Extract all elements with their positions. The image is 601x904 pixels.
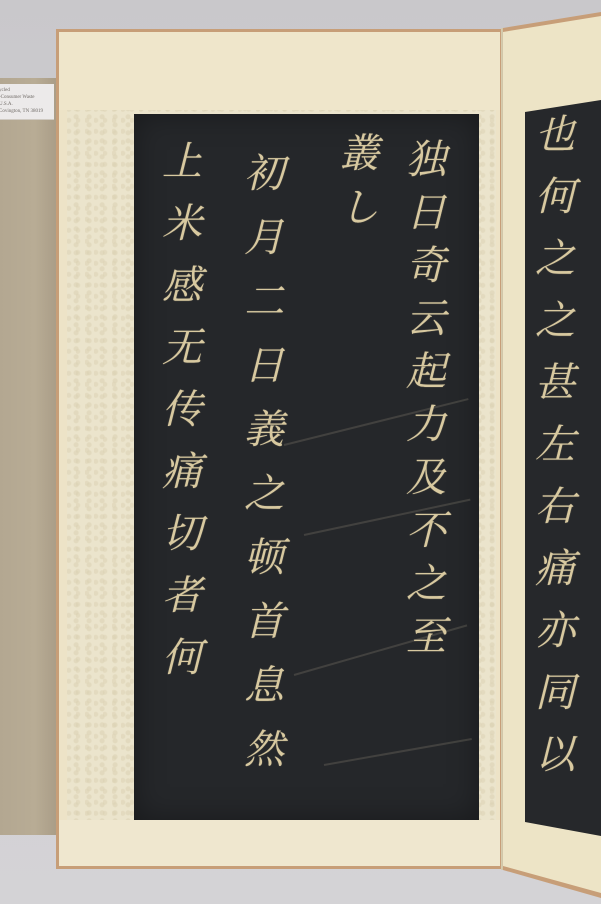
glyph: 之 [244, 474, 284, 514]
label-line: U.S.A. [0, 101, 54, 108]
label-line: ycled [0, 87, 54, 94]
glyph: 云 [406, 299, 446, 339]
glyph: 月 [244, 218, 284, 258]
page-top-margin [59, 32, 500, 110]
glyph: 也 [535, 115, 575, 155]
rubbing-streak [324, 738, 472, 766]
glyph: 二 [244, 282, 284, 322]
glyph: 米 [162, 204, 202, 244]
glyph: 传 [162, 390, 202, 430]
glyph: 同 [535, 673, 575, 713]
calligraphy-column-2: 叢 し [339, 134, 379, 228]
glyph: 感 [162, 266, 202, 306]
calligraphy-column-3: 初 月 二 日 義 之 顿 首 息 然 [244, 154, 284, 770]
glyph: 痛 [535, 549, 575, 589]
glyph: 以 [535, 735, 575, 775]
glyph: 亦 [535, 611, 575, 651]
glyph: 起 [406, 352, 446, 392]
cardboard-backing [0, 78, 58, 835]
glyph: 切 [162, 514, 202, 554]
recycled-paper-label: ycled -Consumer Waste U.S.A. Covington, … [0, 84, 54, 120]
glyph: 者 [162, 576, 202, 616]
glyph: 痛 [162, 452, 202, 492]
glyph: 然 [244, 730, 284, 770]
glyph: し [339, 188, 379, 228]
glyph: 不 [406, 511, 446, 551]
glyph: 奇 [406, 246, 446, 286]
glyph: 日 [244, 346, 284, 386]
glyph: 息 [244, 666, 284, 706]
glyph: 独 [406, 140, 446, 180]
label-line: Covington, TN 38019 [0, 108, 54, 115]
page-bottom-margin [59, 820, 500, 866]
rubbing-panel-left: 独 日 奇 云 起 力 及 不 之 至 叢 し 初 月 二 日 義 之 顿 首 … [134, 114, 479, 820]
glyph: 叢 [339, 134, 379, 174]
label-line: -Consumer Waste [0, 94, 54, 101]
glyph: 義 [244, 410, 284, 450]
calligraphy-column-right: 也 何 之 之 甚 左 右 痛 亦 同 以 [535, 115, 575, 775]
glyph: 无 [162, 328, 202, 368]
glyph: 之 [535, 239, 575, 279]
calligraphy-column-1: 独 日 奇 云 起 力 及 不 之 至 [406, 140, 446, 657]
glyph: 及 [406, 458, 446, 498]
glyph: 甚 [535, 363, 575, 403]
glyph: 之 [535, 301, 575, 341]
glyph: 右 [535, 487, 575, 527]
glyph: 至 [406, 617, 446, 657]
glyph: 上 [162, 142, 202, 182]
glyph: 何 [162, 638, 202, 678]
glyph: 首 [244, 602, 284, 642]
rubbing-panel-right: 也 何 之 之 甚 左 右 痛 亦 同 以 [525, 0, 601, 904]
glyph: 力 [406, 405, 446, 445]
glyph: 顿 [244, 538, 284, 578]
glyph: 何 [535, 177, 575, 217]
glyph: 日 [406, 193, 446, 233]
calligraphy-column-4: 上 米 感 无 传 痛 切 者 何 [162, 142, 202, 678]
glyph: 左 [535, 425, 575, 465]
glyph: 之 [406, 564, 446, 604]
glyph: 初 [244, 154, 284, 194]
